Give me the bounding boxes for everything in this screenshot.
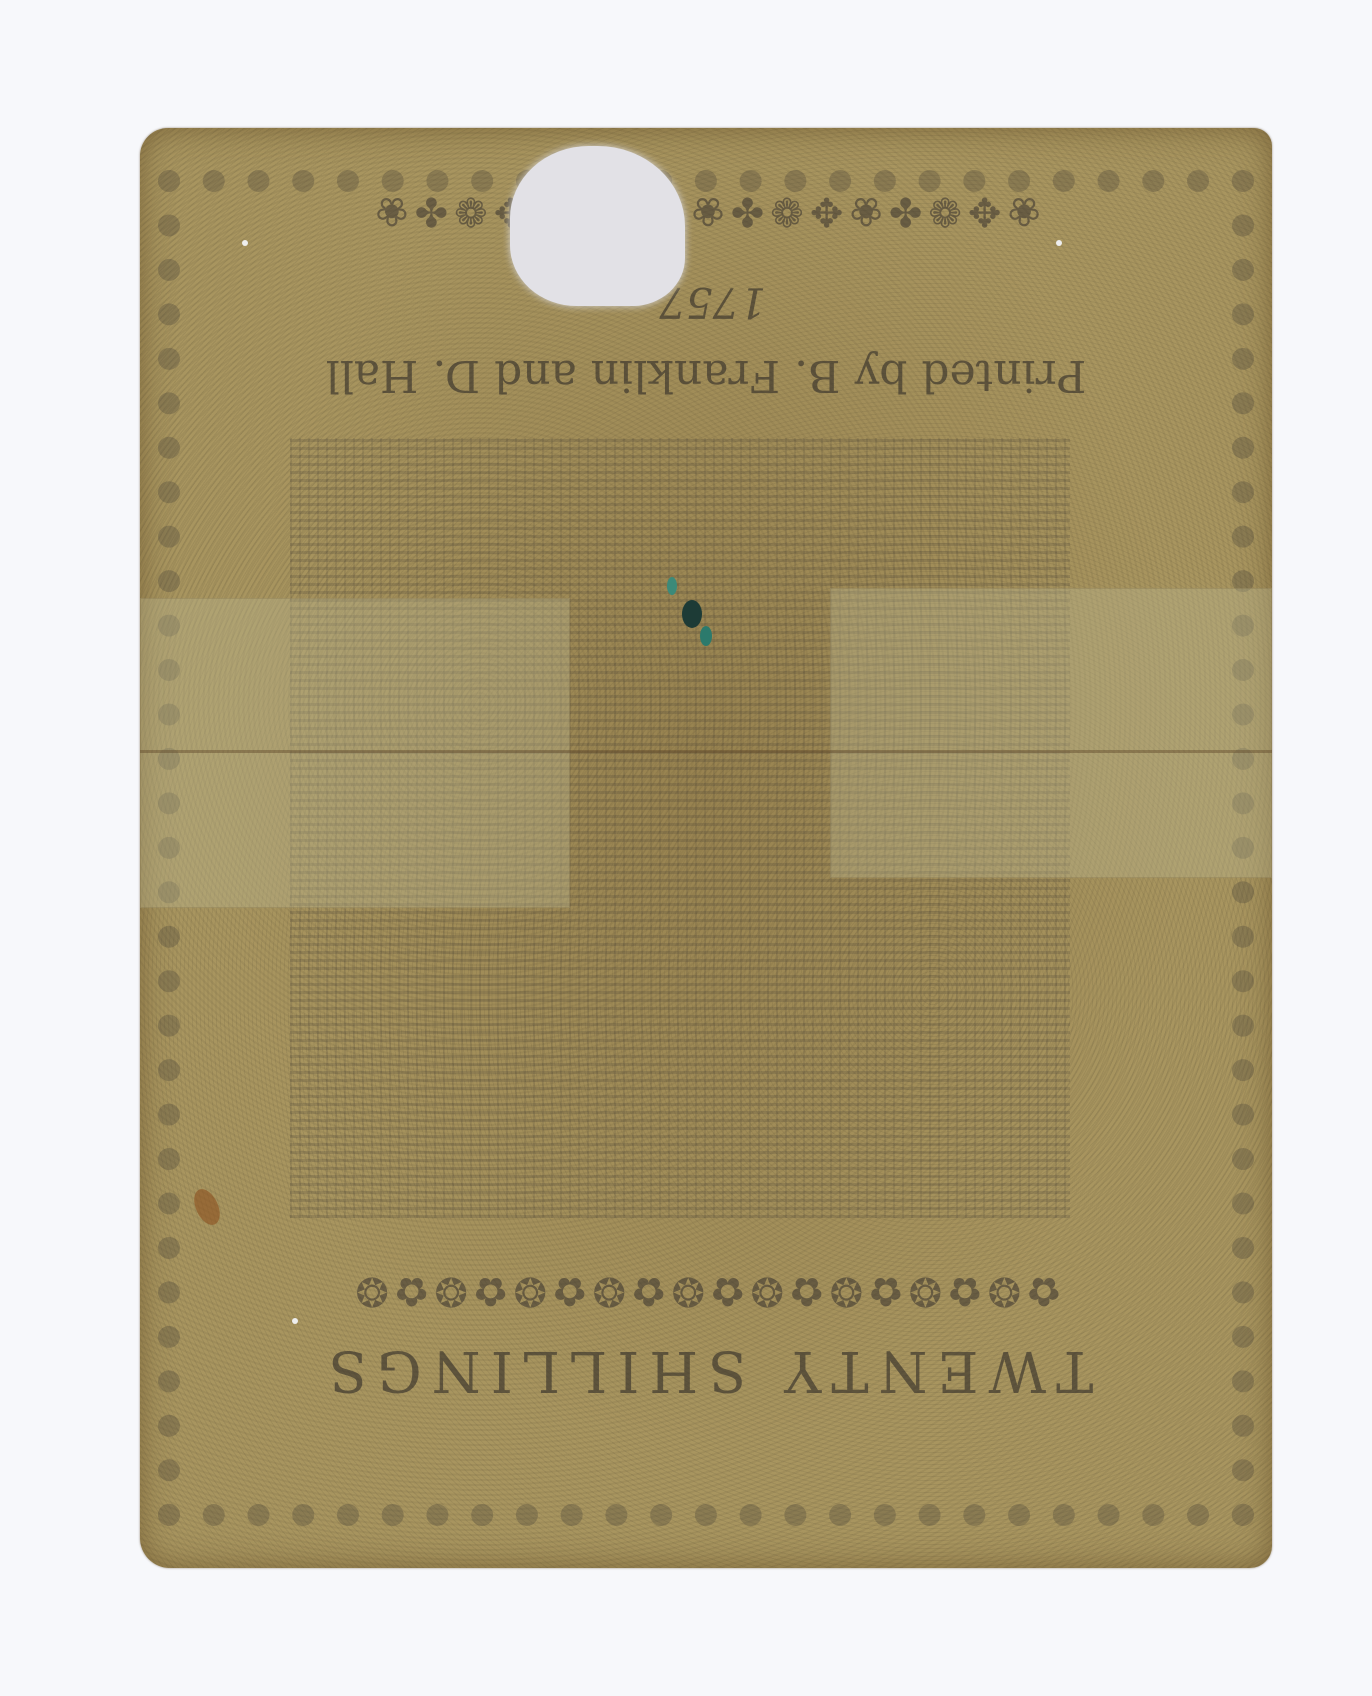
- top-ornament-row: ❀✥❁✤❀✥❁✤❀✥❁✤❀✥❁✤❀: [240, 188, 1170, 234]
- imprint-text: Printed by B. Franklin and D. Hall: [140, 350, 1272, 401]
- pinhole: [292, 1318, 298, 1324]
- bottom-ornament-row: ✿❂✿❂✿❂✿❂✿❂✿❂✿❂✿❂✿❂: [240, 1268, 1170, 1314]
- right-hinge-repair: [830, 588, 1272, 878]
- left-hinge-repair: [140, 598, 570, 908]
- pinhole: [1056, 240, 1062, 246]
- pinhole: [242, 240, 248, 246]
- paper-loss-spot: [510, 146, 685, 306]
- currency-note: ❀✥❁✤❀✥❁✤❀✥❁✤❀✥❁✤❀ 1757. Printed by B. Fr…: [140, 128, 1272, 1568]
- ink-spot: [682, 600, 702, 628]
- fold-crease: [140, 750, 1272, 753]
- denomination-text: TWENTY SHILLINGS: [140, 1338, 1272, 1403]
- date-text: 1757.: [140, 278, 1272, 327]
